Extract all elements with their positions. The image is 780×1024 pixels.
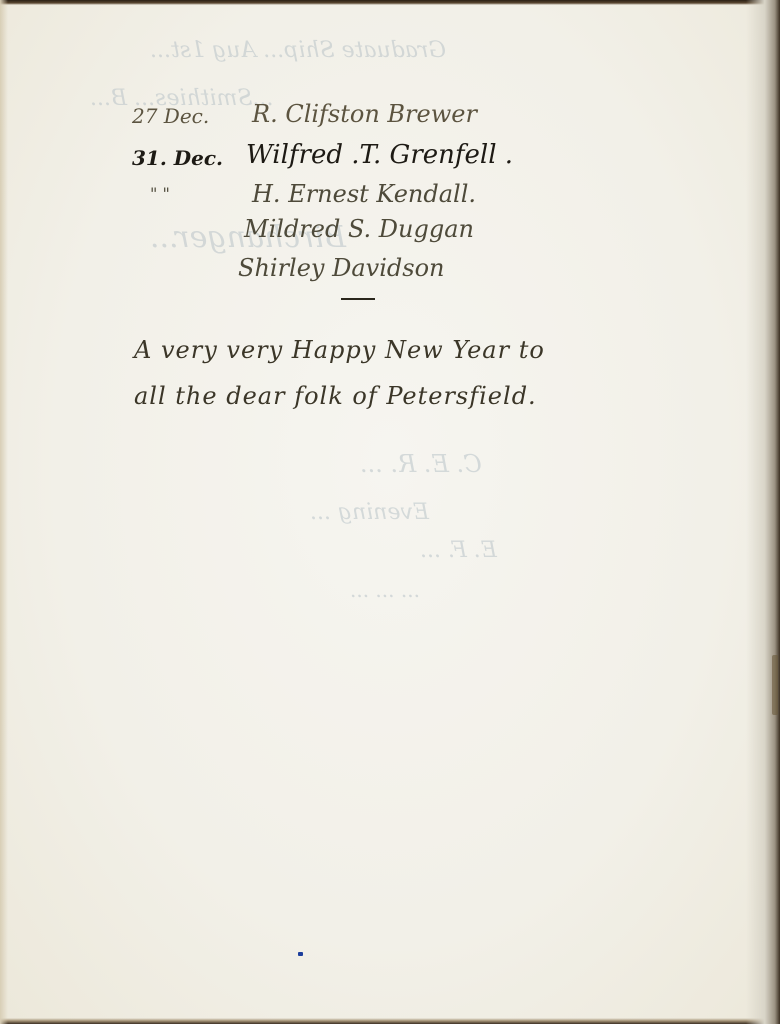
entry-signature: Mildred S. Duggan bbox=[244, 215, 474, 243]
entry-signature: Wilfred .T. Grenfell . bbox=[246, 140, 513, 170]
entry-date: 27 Dec. bbox=[132, 104, 209, 128]
bleed-through-text: C. E. R. ... bbox=[360, 450, 482, 478]
page-bottom-edge bbox=[0, 1018, 780, 1024]
page-top-edge bbox=[0, 0, 780, 5]
guestbook-page: Graduate Ship... Aug 1st... ...Smithies.… bbox=[0, 0, 780, 1024]
page-left-edge bbox=[0, 0, 8, 1024]
new-year-message-line-2: all the dear folk of Petersfield. bbox=[134, 382, 537, 410]
separator-dash bbox=[341, 298, 375, 300]
bleed-through-text: ... ... ... bbox=[350, 578, 420, 602]
page-binding-edge bbox=[746, 0, 780, 1024]
bleed-through-text: Graduate Ship... Aug 1st... bbox=[150, 38, 446, 63]
entry-date: 31. Dec. bbox=[132, 146, 223, 170]
bleed-through-text: E. F. ... bbox=[420, 538, 497, 563]
bleed-through-text: Evening ... bbox=[310, 500, 429, 525]
entry-signature: H. Ernest Kendall. bbox=[252, 180, 476, 208]
entry-signature: Shirley Davidson bbox=[238, 254, 444, 282]
entry-signature: R. Clifston Brewer bbox=[252, 100, 477, 128]
spine-mark bbox=[772, 655, 778, 715]
new-year-message-line-1: A very very Happy New Year to bbox=[134, 336, 545, 364]
entry-ditto-mark: " " bbox=[150, 184, 170, 203]
blue-ink-mark bbox=[298, 952, 303, 956]
